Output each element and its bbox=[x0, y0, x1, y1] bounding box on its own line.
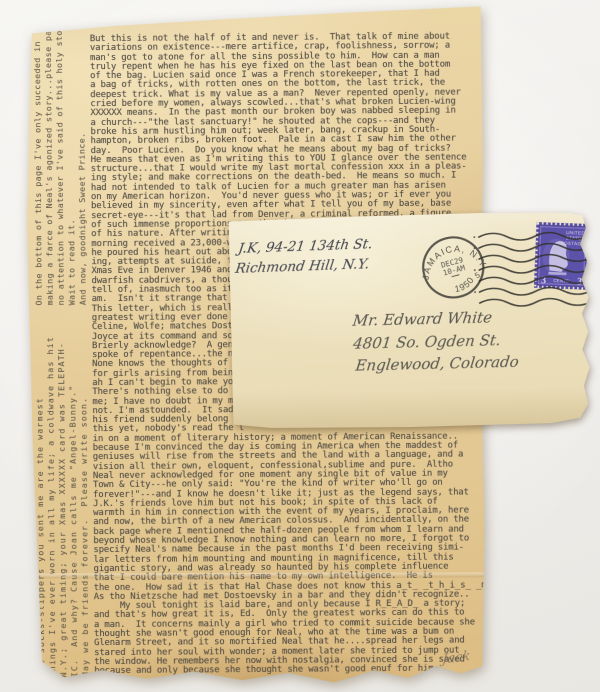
envelope: J.K, 94-21 134th St. Richmond Hill, N.Y.… bbox=[229, 211, 596, 430]
photo-background: On the bottom of this page I've only suc… bbox=[0, 0, 600, 692]
address-line: Englewood, Colorado bbox=[346, 351, 520, 378]
return-address-line: Richmond Hill, N.Y. bbox=[234, 255, 371, 279]
destination-address: Mr. Edward White 4801 So. Ogden St. Engl… bbox=[346, 306, 525, 378]
cancellation-lines-icon bbox=[473, 229, 594, 311]
margin-note-top: On the bottom of this page I've only suc… bbox=[32, 14, 89, 306]
return-address: J.K, 94-21 134th St. Richmond Hill, N.Y. bbox=[234, 235, 374, 279]
margin-note-bottom: the socks-slippers you sent me are the w… bbox=[34, 336, 91, 678]
envelope-wrap: J.K, 94-21 134th St. Richmond Hill, N.Y.… bbox=[229, 211, 596, 430]
